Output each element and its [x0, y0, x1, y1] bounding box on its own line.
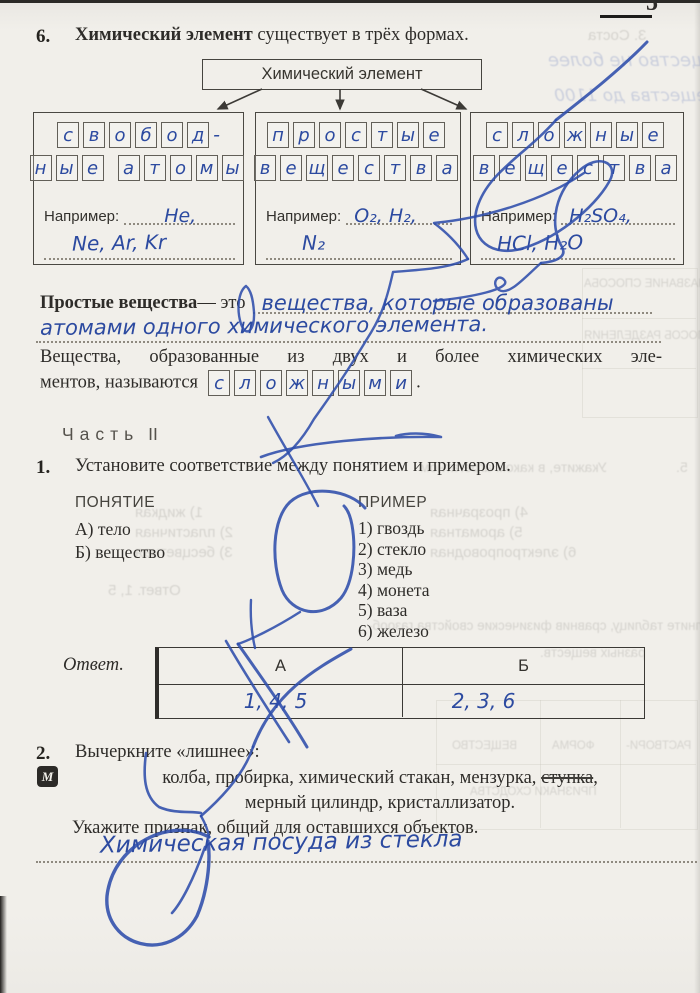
letter-cell: н — [30, 155, 52, 181]
handwritten-example: N₂ — [266, 230, 325, 255]
paragraph-period: . — [416, 373, 421, 393]
task6-title: Химический элемент существует в трёх фор… — [75, 25, 469, 46]
letter-cell: ж — [286, 370, 308, 396]
task6-title-rest: существует в трёх формах. — [253, 25, 469, 45]
letter-cell: щ — [306, 155, 328, 181]
letter-cell: с — [57, 122, 79, 148]
answer-table-header: А Б — [159, 648, 644, 685]
bleedthrough-text: ВЕЩЕСТВО — [452, 740, 517, 752]
list-item: 3) медь — [358, 559, 430, 580]
handwritten-example: H₂SO₄, — [569, 205, 632, 227]
letter-cell: е — [332, 155, 354, 181]
letter-cell: д — [187, 122, 209, 148]
bleedthrough-text: 3. Соста — [588, 27, 646, 44]
example-row: Например: H₂SO₄, — [481, 199, 675, 225]
list-item: 1) гвоздь — [358, 518, 430, 539]
letter-cell: ы — [338, 370, 360, 396]
letter-cell: с — [345, 122, 367, 148]
answer-line: вещества, которые образованы — [253, 286, 652, 314]
letter-cell: ы — [616, 122, 638, 148]
definition-dash: — это — [197, 293, 245, 314]
letter-cells-row: сложными — [208, 370, 416, 396]
arrow-right — [421, 89, 466, 109]
struck-item: ступка — [541, 768, 593, 788]
letter-cell: о — [109, 122, 131, 148]
paragraph-line-2-text: ментов, называются — [40, 373, 198, 393]
answer-line: N₂ — [266, 231, 452, 260]
letter-cell: е — [280, 155, 302, 181]
list-item: 6) железо — [358, 621, 430, 642]
letter-cell: в — [473, 155, 495, 181]
list-item: Б) вещество — [75, 541, 165, 564]
handwritten-answer-b: 2, 3, 6 — [452, 689, 596, 713]
letter-cell: а — [436, 155, 458, 181]
list-item: 4) монета — [358, 580, 430, 601]
letter-cell: т — [384, 155, 406, 181]
answer-line: He, — [124, 199, 235, 225]
letter-cells-row: свобод- — [34, 122, 243, 148]
task1-col1-header: ПОНЯТИЕ — [75, 494, 155, 512]
task6-number: 6. — [36, 26, 50, 48]
bleedthrough-text: ФОРМА — [552, 740, 594, 752]
task2-items: колба, пробирка, химический стакан, менз… — [80, 766, 680, 816]
example-row: Например: He, — [44, 199, 235, 225]
bleedthrough-text: 5) ароматная — [430, 524, 522, 541]
bleedthrough-gridline — [436, 764, 696, 765]
letter-cell: е — [423, 122, 445, 148]
part2-heading-word: Часть — [62, 424, 139, 444]
letter-cell: в — [254, 155, 276, 181]
letter-cell: т — [603, 155, 625, 181]
letter-cell: а — [655, 155, 677, 181]
letter-cell: б — [135, 122, 157, 148]
letter-cell: л — [234, 370, 256, 396]
letter-cell: о — [319, 122, 341, 148]
handwritten-example: He, — [164, 205, 196, 227]
task2-title: Вычеркните «лишнее»: — [75, 742, 260, 763]
bleedthrough-text: вещество не более — [548, 50, 700, 71]
answer-line: Ne, Ar, Kr — [44, 231, 235, 260]
letter-cell: о — [538, 122, 560, 148]
letter-cell: о — [161, 122, 183, 148]
pen-scribble-stroke — [251, 600, 255, 648]
list-item: А) тело — [75, 518, 165, 541]
part2-heading: Часть II — [62, 424, 158, 445]
pen-scribble-stroke — [238, 612, 300, 644]
letter-cell: м — [364, 370, 386, 396]
letter-cell: е — [82, 155, 104, 181]
answer-cell-a: 1, 4, 5 — [159, 685, 403, 717]
example-row: Например: O₂, H₂, — [266, 199, 452, 225]
bleedthrough-text: 4) прозрачная — [430, 504, 528, 521]
margin-badge-m: М — [37, 766, 58, 787]
letter-cell: с — [358, 155, 380, 181]
answer-table-header-a: А — [159, 648, 403, 684]
letter-cell: п — [267, 122, 289, 148]
arrow-left — [218, 89, 262, 109]
task1-concepts: А) телоБ) вещество — [75, 518, 165, 563]
bleedthrough-text: Ответ. 1, 5 — [108, 582, 181, 599]
part2-heading-num: II — [148, 424, 158, 444]
letter-cell: л — [512, 122, 534, 148]
example-label: Например: — [481, 208, 556, 225]
paragraph-line-1: Вещества, образованные из двух и более х… — [40, 347, 662, 368]
letter-cell: т — [371, 122, 393, 148]
letter-cells-row: сложные — [471, 122, 683, 148]
task2-items-line2: мерный цилиндр, кристаллизатор. — [80, 791, 680, 816]
diagram-box-free-atoms: свобод- ные атомы Например: He, Ne, Ar, … — [33, 112, 244, 265]
letter-cells-row: ные атомы — [34, 155, 243, 181]
answer-line: H₂SO₄, — [561, 199, 675, 225]
bleedthrough-text: РАСТВОРИ- — [626, 740, 691, 752]
letter-cell: с — [486, 122, 508, 148]
handwritten-final-answer: Химическая посуда из стекла — [36, 826, 463, 859]
answer-line: O₂, H₂, — [346, 199, 452, 225]
task1-number: 1. — [36, 457, 50, 479]
answer-line: HCl, H₂O — [481, 231, 675, 260]
letter-cell: ы — [56, 155, 78, 181]
answer-line: Химическая посуда из стекла — [36, 830, 697, 863]
letter-cell: а — [118, 155, 140, 181]
example-label: Например: — [44, 208, 119, 225]
letter-cells-row: вещества — [471, 155, 683, 181]
task1-text: Установите соответствие между понятием и… — [75, 456, 511, 477]
handwritten-example: HCl, H₂O — [481, 230, 583, 256]
letter-cell: о — [170, 155, 192, 181]
bleedthrough-text: 5. — [676, 459, 688, 475]
pen-scribble-stroke — [261, 434, 441, 458]
pen-scribble-stroke — [275, 491, 365, 612]
letter-cell: е — [642, 122, 664, 148]
letter-cell: в — [629, 155, 651, 181]
letter-cell: с — [208, 370, 230, 396]
bleedthrough-text: вещества до 1100 — [554, 86, 700, 106]
handwritten-example: O₂, H₂, — [354, 205, 417, 227]
diagram-box-complex-substances: сложные вещества Например: H₂SO₄, HCl, H… — [470, 112, 684, 265]
scan-edge-left-bottom — [0, 896, 7, 993]
task6-title-bold: Химический элемент — [75, 25, 253, 45]
diagram-box-simple-substances: простые вещества Например: O₂, H₂, N₂ — [255, 112, 461, 265]
letter-cell: о — [260, 370, 282, 396]
example-label: Например: — [266, 208, 341, 225]
answer-cell-b: 2, 3, 6 — [403, 685, 644, 717]
letter-cell: р — [293, 122, 315, 148]
letter-cell: е — [499, 155, 521, 181]
answer-line: атомами одного химического элемента. — [36, 314, 661, 343]
handwritten-example: Ne, Ar, Kr — [44, 230, 167, 256]
letter-cell: в — [83, 122, 105, 148]
letter-cell: и — [390, 370, 412, 396]
workbook-page: 3. Соста вещество не более вещества до 1… — [0, 0, 700, 993]
page-number-underline — [600, 15, 652, 18]
list-item: 5) ваза — [358, 600, 430, 621]
letter-cell: ы — [397, 122, 419, 148]
bleedthrough-gridline — [582, 368, 696, 369]
letter-cell: щ — [525, 155, 547, 181]
answer-table-header-b: Б — [403, 648, 644, 684]
handwritten-definition-1: вещества, которые образованы — [261, 291, 613, 315]
task1-examples: 1) гвоздь2) стекло3) медь4) монета5) ваз… — [358, 518, 430, 642]
scan-edge-top — [0, 0, 700, 3]
letter-cell: т — [144, 155, 166, 181]
handwritten-answer-a: 1, 4, 5 — [244, 689, 318, 713]
letter-cells-row: простые — [256, 122, 460, 148]
letter-cell: н — [312, 370, 334, 396]
definition-term: Простые вещества — [40, 293, 197, 314]
bleedthrough-text: 6) электропроводная — [430, 544, 576, 561]
definition-row: Простые вещества — это вещества, которые… — [40, 286, 697, 314]
letter-cell: н — [590, 122, 612, 148]
task2-items-line1: колба, пробирка, химический стакан, менз… — [80, 766, 680, 791]
letter-cell: в — [410, 155, 432, 181]
task1-col2-header: ПРИМЕР — [358, 494, 427, 512]
handwritten-definition-2: атомами одного химического элемента. — [36, 312, 488, 340]
answer-table: А Б 1, 4, 5 2, 3, 6 — [155, 647, 645, 719]
letter-cell: ж — [564, 122, 586, 148]
task2-number: 2. — [36, 743, 50, 765]
diagram-root-label: Химический элемент — [261, 65, 422, 84]
paragraph-line-2: ментов, называются сложными. — [40, 370, 690, 396]
answer-label: Ответ. — [63, 655, 124, 676]
list-item: 2) стекло — [358, 539, 430, 560]
letter-cell: м — [196, 155, 218, 181]
letter-cell: е — [551, 155, 573, 181]
letter-cell: ы — [222, 155, 244, 181]
letter-cells-row: вещества — [256, 155, 460, 181]
handwritten-dash: - — [213, 124, 220, 146]
letter-cell: с — [577, 155, 599, 181]
answer-table-row: 1, 4, 5 2, 3, 6 — [159, 685, 644, 717]
